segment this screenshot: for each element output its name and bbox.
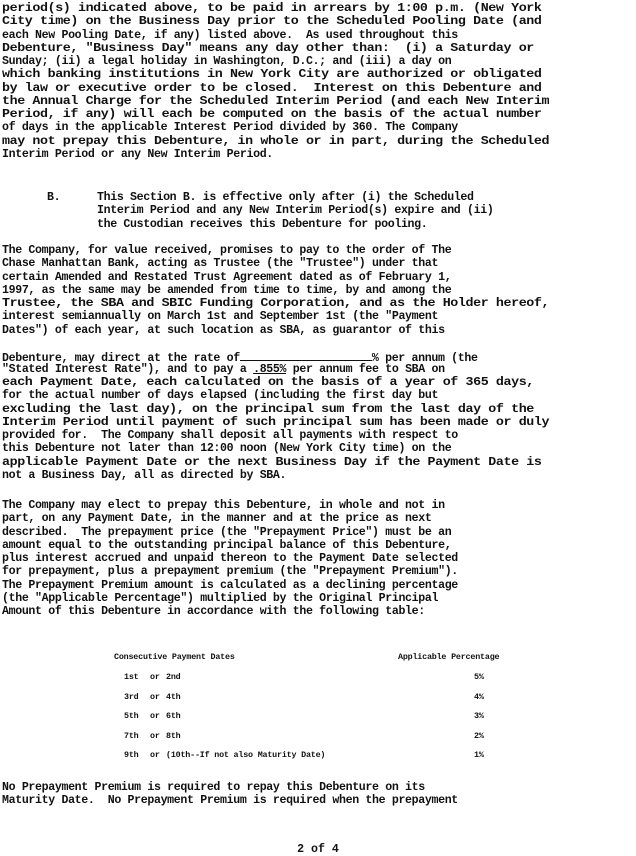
text-line: the Annual Charge for the Scheduled Inte…: [2, 95, 549, 108]
table-cell-or: or: [150, 711, 160, 721]
text-line: Period, if any) will each be computed on…: [2, 108, 541, 121]
table-header-payment-dates: Consecutive Payment Dates: [114, 652, 235, 662]
text-line: part, on any Payment Date, in the manner…: [2, 512, 431, 525]
table-cell-first-date: 7th: [124, 731, 138, 741]
text-line: by law or executive order to be closed. …: [2, 82, 541, 95]
table-cell-percentage: 5%: [474, 672, 484, 682]
text-line: for the actual number of days elapsed (i…: [2, 389, 438, 402]
text-line: The Company may elect to prepay this Deb…: [2, 499, 445, 512]
text-line: the Custodian receives this Debenture fo…: [97, 218, 427, 231]
table-cell-second-date: (10th--If not also Maturity Date): [166, 750, 325, 760]
text-line: this Debenture not later than 12:00 noon…: [2, 442, 451, 455]
table-cell-percentage: 2%: [474, 731, 484, 741]
text-line: This Section B. is effective only after …: [97, 191, 474, 204]
text-line: Dates") of each year, at such location a…: [2, 324, 445, 337]
annual-fee-value: .855%: [253, 363, 286, 376]
text-line: may not prepay this Debenture, in whole …: [2, 135, 549, 148]
text-line: Debenture, "Business Day" means any day …: [2, 42, 534, 55]
table-cell-second-date: 6th: [166, 711, 180, 721]
text-line: which banking institutions in New York C…: [2, 68, 541, 81]
text-line: Chase Manhattan Bank, acting as Trustee …: [2, 257, 438, 270]
text-line: Interim Period or any New Interim Period…: [2, 148, 273, 161]
text-line: The Prepayment Premium amount is calcula…: [2, 579, 458, 592]
table-cell-first-date: 1st: [124, 672, 138, 682]
text-line: Amount of this Debenture in accordance w…: [2, 605, 425, 618]
text-line: each Payment Date, each calculated on th…: [2, 376, 534, 389]
text-line: No Prepayment Premium is required to rep…: [2, 781, 425, 794]
text-line: excluding the last day), on the principa…: [2, 403, 534, 416]
text-line: provided for. The Company shall deposit …: [2, 429, 458, 442]
table-cell-first-date: 5th: [124, 711, 138, 721]
fee-line: "Stated Interest Rate"), and to pay a .8…: [2, 363, 445, 376]
text-line: amount equal to the outstanding principa…: [2, 539, 451, 552]
text-line: Sunday; (ii) a legal holiday in Washingt…: [2, 55, 451, 68]
table-cell-second-date: 4th: [166, 692, 180, 702]
table-cell-second-date: 2nd: [166, 672, 180, 682]
stated-interest-rate-blank: [240, 350, 372, 361]
text-line: applicable Payment Date or the next Busi…: [2, 456, 541, 469]
text-line: 1997, as the same may be amended from ti…: [2, 284, 451, 297]
table-cell-second-date: 8th: [166, 731, 180, 741]
text-line: period(s) indicated above, to be paid in…: [2, 2, 541, 15]
text-line: Trustee, the SBA and SBIC Funding Corpor…: [2, 297, 549, 310]
table-cell-or: or: [150, 750, 160, 760]
table-cell-percentage: 1%: [474, 750, 484, 760]
table-header-applicable-percentage: Applicable Percentage: [398, 652, 499, 662]
text-line: (the "Applicable Percentage") multiplied…: [2, 592, 438, 605]
text-line: each New Pooling Date, if any) listed ab…: [2, 29, 458, 42]
text-line: Interim Period until payment of such pri…: [2, 416, 549, 429]
text-line: plus interest accrued and unpaid thereon…: [2, 552, 458, 565]
section-b-label: B.: [47, 191, 60, 204]
table-cell-or: or: [150, 672, 160, 682]
text-line: Interim Period and any New Interim Perio…: [97, 204, 493, 217]
table-cell-or: or: [150, 692, 160, 702]
table-cell-or: or: [150, 731, 160, 741]
table-cell-percentage: 4%: [474, 692, 484, 702]
text-line: The Company, for value received, promise…: [2, 244, 451, 257]
text-line: not a Business Day, all as directed by S…: [2, 469, 286, 482]
text-line: Maturity Date. No Prepayment Premium is …: [2, 794, 458, 807]
page-number: 2 of 4: [0, 843, 636, 856]
text-line: for prepayment, plus a prepayment premiu…: [2, 565, 458, 578]
text-line: City time) on the Business Day prior to …: [2, 15, 541, 28]
text-line: certain Amended and Restated Trust Agree…: [2, 271, 451, 284]
table-cell-first-date: 9th: [124, 750, 138, 760]
table-cell-percentage: 3%: [474, 711, 484, 721]
text-line: interest semiannually on March 1st and S…: [2, 310, 438, 323]
text-line: of days in the applicable Interest Perio…: [2, 121, 458, 134]
text-line: described. The prepayment price (the "Pr…: [2, 526, 451, 539]
table-cell-first-date: 3rd: [124, 692, 138, 702]
document-page: period(s) indicated above, to be paid in…: [0, 0, 636, 856]
